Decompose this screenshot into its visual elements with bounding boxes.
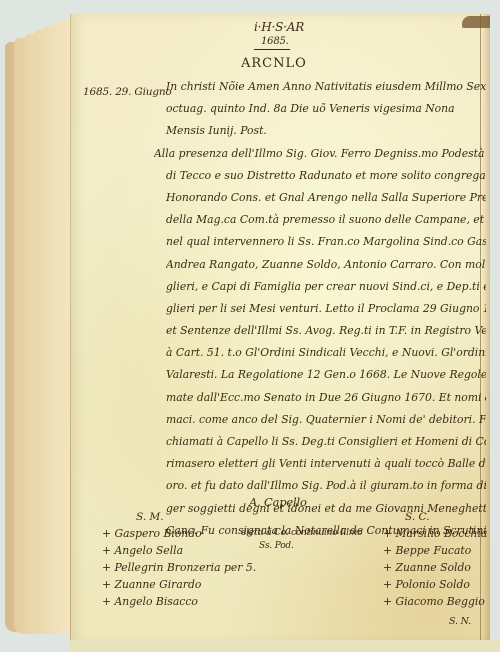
body-line: Alla presenza dell'Illmo Sig. Giov. Ferr… bbox=[154, 143, 486, 165]
page-mark: S. N. bbox=[449, 616, 471, 627]
election-note-2: Ss. Pod. bbox=[259, 541, 294, 551]
list-item: + Angelo Sella bbox=[102, 542, 256, 559]
body-line: della Mag.ca Com.tà premesso il suono de… bbox=[166, 209, 486, 231]
body-line: Mensis Iunij. Post. bbox=[166, 120, 486, 142]
corner-bookmark-tab bbox=[462, 16, 490, 28]
body-line: maci. come anco del Sig. Quaternier i No… bbox=[166, 409, 486, 431]
body-text: In christi Nõie Amen Anno Nativitatis ei… bbox=[166, 76, 486, 542]
body-line: Valaresti. La Regolatione 12 Gen.o 1668.… bbox=[166, 364, 486, 386]
column-heading: S. M. bbox=[102, 511, 256, 525]
list-item: + Marsilio Bocchia bbox=[383, 525, 487, 542]
elected-list-left: S. M. + Gaspero Biondo + Angelo Sella + … bbox=[102, 511, 256, 610]
body-line: nel qual intervennero li Ss. Fran.co Mar… bbox=[166, 231, 486, 253]
header-year: 1685. bbox=[261, 36, 289, 47]
body-line: chiamati à Capello li Ss. Deg.ti Consigl… bbox=[166, 431, 486, 453]
list-item: + Pellegrin Bronzeria per 5. bbox=[102, 559, 256, 576]
header-underline bbox=[254, 49, 290, 50]
signature: A. Capello bbox=[249, 495, 307, 509]
list-item: + Polonio Soldo bbox=[383, 576, 487, 593]
manuscript-book: i·H·S·AR 1685. ARCNLO 1685. 29. Giugno I… bbox=[0, 0, 500, 652]
margin-date-note: 1685. 29. Giugno bbox=[83, 86, 172, 98]
body-line: octuag. quinto Ind. 8a Die uõ Veneris vi… bbox=[166, 98, 486, 120]
page-title: ARCNLO bbox=[241, 56, 307, 71]
page-bottom-edge bbox=[70, 640, 500, 652]
body-line: mate dall'Ecc.mo Senato in Due 26 Giugno… bbox=[166, 387, 486, 409]
body-line: Honorando Cons. et Gnal Arengo nella Sal… bbox=[166, 187, 486, 209]
header-invocation: i·H·S·AR bbox=[254, 20, 304, 34]
elected-list-right: S. C. + Marsilio Bocchia + Beppe Fucato … bbox=[383, 511, 487, 610]
list-item: + Zuanne Girardo bbox=[102, 576, 256, 593]
body-line: Andrea Rangato, Zuanne Soldo, Antonio Ca… bbox=[166, 254, 486, 276]
manuscript-page: i·H·S·AR 1685. ARCNLO 1685. 29. Giugno I… bbox=[70, 14, 490, 642]
body-line: In christi Nõie Amen Anno Nativitatis ei… bbox=[166, 76, 486, 98]
body-line: rimasero eletteri gli Venti intervenuti … bbox=[166, 453, 486, 475]
body-line: glieri per li sei Mesi venturi. Letto il… bbox=[166, 298, 486, 320]
list-item: + Giacomo Beggio bbox=[383, 593, 487, 610]
list-item: + Gaspero Biondo bbox=[102, 525, 256, 542]
body-line: et Sentenze dell'Illmi Ss. Avog. Reg.ti … bbox=[166, 320, 486, 342]
body-line: di Tecco e suo Distretto Radunato et mor… bbox=[166, 165, 486, 187]
election-note: eletti à Co. continuino Illmo bbox=[241, 528, 362, 538]
body-line: glieri, e Capi di Famiglia per crear nuo… bbox=[166, 276, 486, 298]
list-item: + Beppe Fucato bbox=[383, 542, 487, 559]
body-line: à Cart. 51. t.o Gl'Ordini Sindicali Vecc… bbox=[166, 342, 486, 364]
list-item: + Angelo Bisacco bbox=[102, 593, 256, 610]
body-line: oro. et fu dato dall'Illmo Sig. Pod.à il… bbox=[166, 475, 486, 497]
list-item: + Zuanne Soldo bbox=[383, 559, 487, 576]
column-heading: S. C. bbox=[383, 511, 487, 525]
